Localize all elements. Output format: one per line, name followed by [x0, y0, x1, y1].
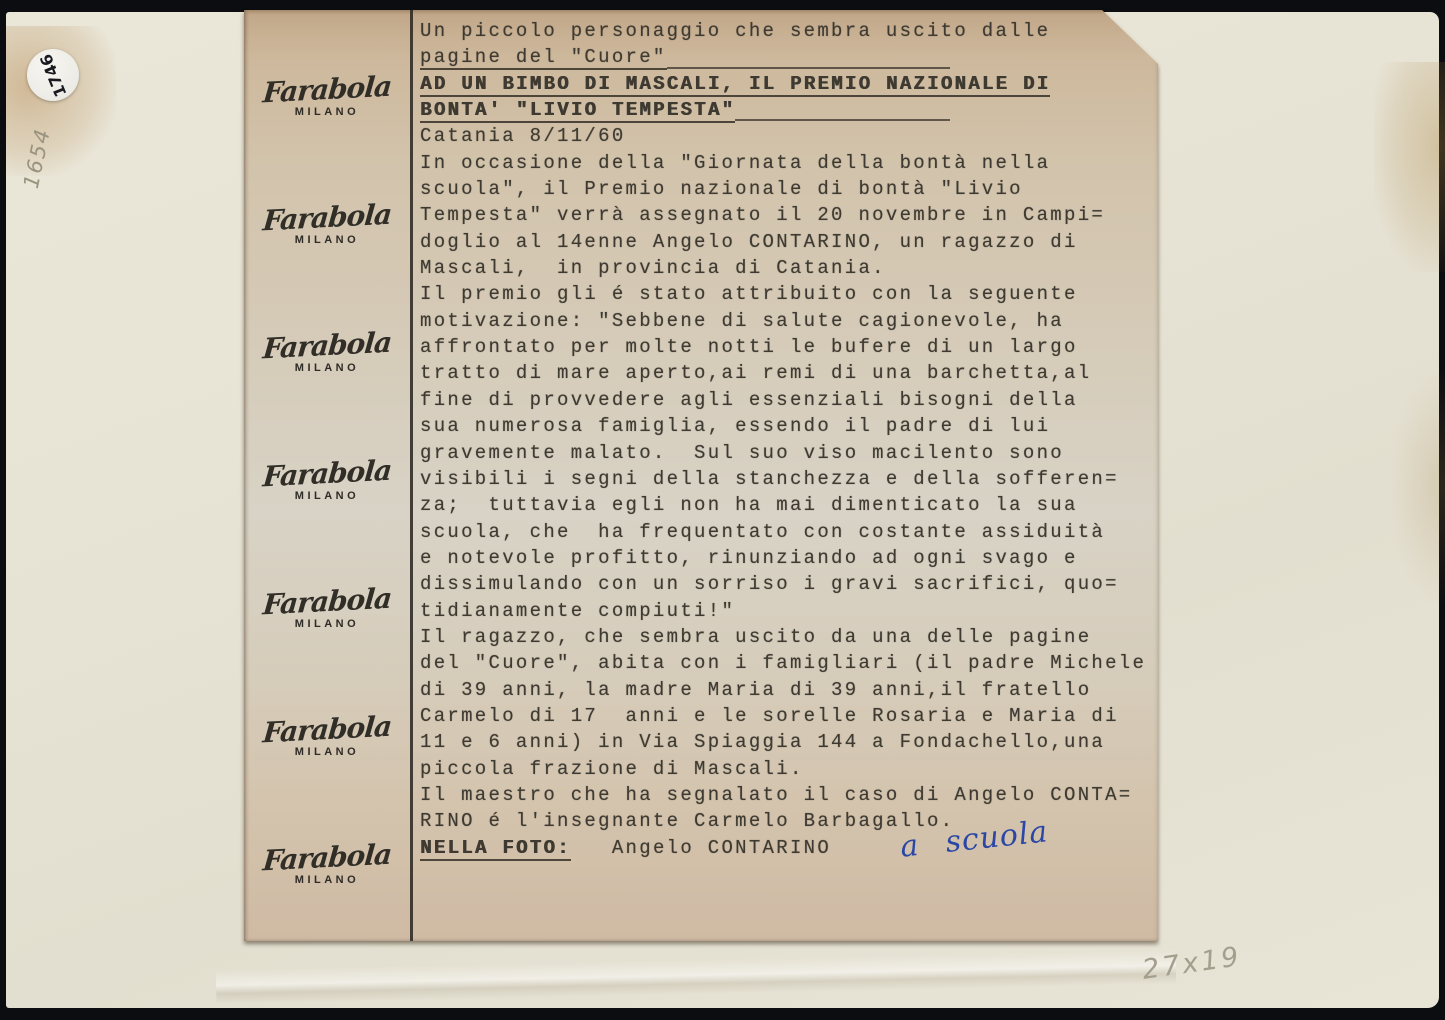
caption-segment: In occasione della "Giornata della bontà…: [420, 152, 1050, 174]
caption-line: Mascali, in provincia di Catania.: [420, 257, 1158, 283]
stamp-name: Farabola: [243, 711, 411, 750]
caption-line: e notevole profitto, rinunziando ad ogni…: [420, 547, 1158, 573]
caption-segment: pagine del "Cuore": [420, 46, 667, 70]
archive-sticker: 1746: [27, 49, 79, 101]
caption-line: affrontato per molte notti le bufere di …: [420, 336, 1158, 362]
farabola-stamp: FarabolaMILANO: [244, 331, 410, 375]
caption-segment: Il premio gli é stato attribuito con la …: [420, 283, 1078, 305]
caption-line: di 39 anni, la madre Maria di 39 anni,il…: [420, 679, 1158, 705]
caption-line: piccola frazione di Mascali.: [420, 758, 1158, 784]
caption-segment: Catania 8/11/60: [420, 125, 626, 147]
caption-line: BONTA' "LIVIO TEMPESTA": [420, 99, 950, 125]
caption-line: sua numerosa famiglia, essendo il padre …: [420, 415, 1158, 441]
stamp-name: Farabola: [243, 71, 411, 110]
stain: [6, 26, 116, 176]
caption-segment: dissimulando con un sorriso i gravi sacr…: [420, 573, 1119, 595]
stain: [1391, 372, 1445, 602]
caption-segment: AD UN BIMBO DI MASCALI, IL PREMIO NAZION…: [420, 73, 1050, 97]
stamp-name: Farabola: [243, 327, 411, 366]
underline-extension: [667, 46, 950, 68]
caption-segment: motivazione: "Sebbene di salute cagionev…: [420, 310, 1064, 332]
paper-crease: [216, 950, 1177, 1004]
caption-segment: scuola", il Premio nazionale di bontà "L…: [420, 178, 1023, 200]
sticker-number: 1746: [36, 51, 70, 99]
caption-segment: di 39 anni, la madre Maria di 39 anni,il…: [420, 679, 1091, 701]
farabola-stamp: FarabolaMILANO: [244, 587, 410, 631]
caption-segment: sua numerosa famiglia, essendo il padre …: [420, 415, 1050, 437]
caption-segment: Tempesta" verrà assegnato il 20 novembre…: [420, 204, 1105, 226]
stamp-name: Farabola: [243, 455, 411, 494]
stamp-name: Farabola: [243, 839, 411, 878]
caption-segment: za; tuttavia egli non ha mai dimenticato…: [420, 494, 1078, 516]
caption-text: Un piccolo personaggio che sembra uscito…: [420, 20, 1158, 941]
caption-segment: del "Cuore", abita con i famigliari (il …: [420, 652, 1146, 674]
caption-line: za; tuttavia egli non ha mai dimenticato…: [420, 494, 1158, 520]
underline-extension: [735, 99, 950, 121]
caption-line: Il premio gli é stato attribuito con la …: [420, 283, 1158, 309]
scan-background: 1746 1654 FarabolaMILANOFarabolaMILANOFa…: [0, 0, 1445, 1020]
caption-segment: doglio al 14enne Angelo CONTARINO, un ra…: [420, 231, 1078, 253]
caption-line: gravemente malato. Sul suo viso macilent…: [420, 442, 1158, 468]
caption-segment: Un piccolo personaggio che sembra uscito…: [420, 20, 1050, 42]
caption-segment: piccola frazione di Mascali.: [420, 758, 804, 780]
caption-segment: Angelo CONTARINO: [571, 837, 831, 859]
divider-line: [410, 10, 413, 941]
stain: [1374, 62, 1445, 272]
caption-segment: Mascali, in provincia di Catania.: [420, 257, 886, 279]
caption-segment: BONTA' "LIVIO TEMPESTA": [420, 99, 735, 123]
caption-line: scuola", il Premio nazionale di bontà "L…: [420, 178, 1158, 204]
caption-paper: FarabolaMILANOFarabolaMILANOFarabolaMILA…: [244, 10, 1158, 941]
caption-slip: FarabolaMILANOFarabolaMILANOFarabolaMILA…: [244, 10, 1158, 941]
caption-line: Carmelo di 17 anni e le sorelle Rosaria …: [420, 705, 1158, 731]
caption-segment: tidianamente compiuti!": [420, 600, 735, 622]
caption-line: scuola, che ha frequentato con costante …: [420, 521, 1158, 547]
caption-segment: tratto di mare aperto,ai remi di una bar…: [420, 362, 1091, 384]
caption-segment: NELLA FOTO:: [420, 837, 571, 861]
caption-line: Catania 8/11/60: [420, 125, 1158, 151]
caption-line: tidianamente compiuti!": [420, 600, 1158, 626]
caption-line: Il ragazzo, che sembra uscito da una del…: [420, 626, 1158, 652]
caption-line: pagine del "Cuore": [420, 46, 950, 72]
caption-line: del "Cuore", abita con i famigliari (il …: [420, 652, 1158, 678]
farabola-stamp: FarabolaMILANO: [244, 715, 410, 759]
farabola-stamp: FarabolaMILANO: [244, 459, 410, 503]
caption-line: visibili i segni della stanchezza e dell…: [420, 468, 1158, 494]
farabola-stamp: FarabolaMILANO: [244, 843, 410, 887]
caption-line: 11 e 6 anni) in Via Spiaggia 144 a Fonda…: [420, 731, 1158, 757]
caption-segment: visibili i segni della stanchezza e dell…: [420, 468, 1119, 490]
caption-segment: 11 e 6 anni) in Via Spiaggia 144 a Fonda…: [420, 731, 1105, 753]
caption-line: In occasione della "Giornata della bontà…: [420, 152, 1158, 178]
caption-segment: Carmelo di 17 anni e le sorelle Rosaria …: [420, 705, 1119, 727]
farabola-stamp: FarabolaMILANO: [244, 203, 410, 247]
caption-line: Tempesta" verrà assegnato il 20 novembre…: [420, 204, 1158, 230]
caption-line: AD UN BIMBO DI MASCALI, IL PREMIO NAZION…: [420, 73, 1158, 99]
caption-line: doglio al 14enne Angelo CONTARINO, un ra…: [420, 231, 1158, 257]
caption-segment: scuola, che ha frequentato con costante …: [420, 521, 1105, 543]
caption-line: dissimulando con un sorriso i gravi sacr…: [420, 573, 1158, 599]
caption-line: Il maestro che ha segnalato il caso di A…: [420, 784, 1158, 810]
farabola-stamp: FarabolaMILANO: [244, 75, 410, 119]
caption-segment: fine di provvedere agli essenziali bisog…: [420, 389, 1078, 411]
stamp-name: Farabola: [243, 199, 411, 238]
caption-line: Un piccolo personaggio che sembra uscito…: [420, 20, 1158, 46]
caption-line: motivazione: "Sebbene di salute cagionev…: [420, 310, 1158, 336]
caption-segment: Il ragazzo, che sembra uscito da una del…: [420, 626, 1091, 648]
caption-segment: gravemente malato. Sul suo viso macilent…: [420, 442, 1064, 464]
caption-segment: e notevole profitto, rinunziando ad ogni…: [420, 547, 1078, 569]
caption-line: fine di provvedere agli essenziali bisog…: [420, 389, 1158, 415]
stamp-name: Farabola: [243, 583, 411, 622]
caption-line: tratto di mare aperto,ai remi di una bar…: [420, 362, 1158, 388]
caption-segment: RINO é l'insegnante Carmelo Barbagallo.: [420, 810, 954, 832]
stamp-column: FarabolaMILANOFarabolaMILANOFarabolaMILA…: [244, 10, 410, 941]
caption-segment: affrontato per molte notti le bufere di …: [420, 336, 1078, 358]
caption-segment: Il maestro che ha segnalato il caso di A…: [420, 784, 1133, 806]
